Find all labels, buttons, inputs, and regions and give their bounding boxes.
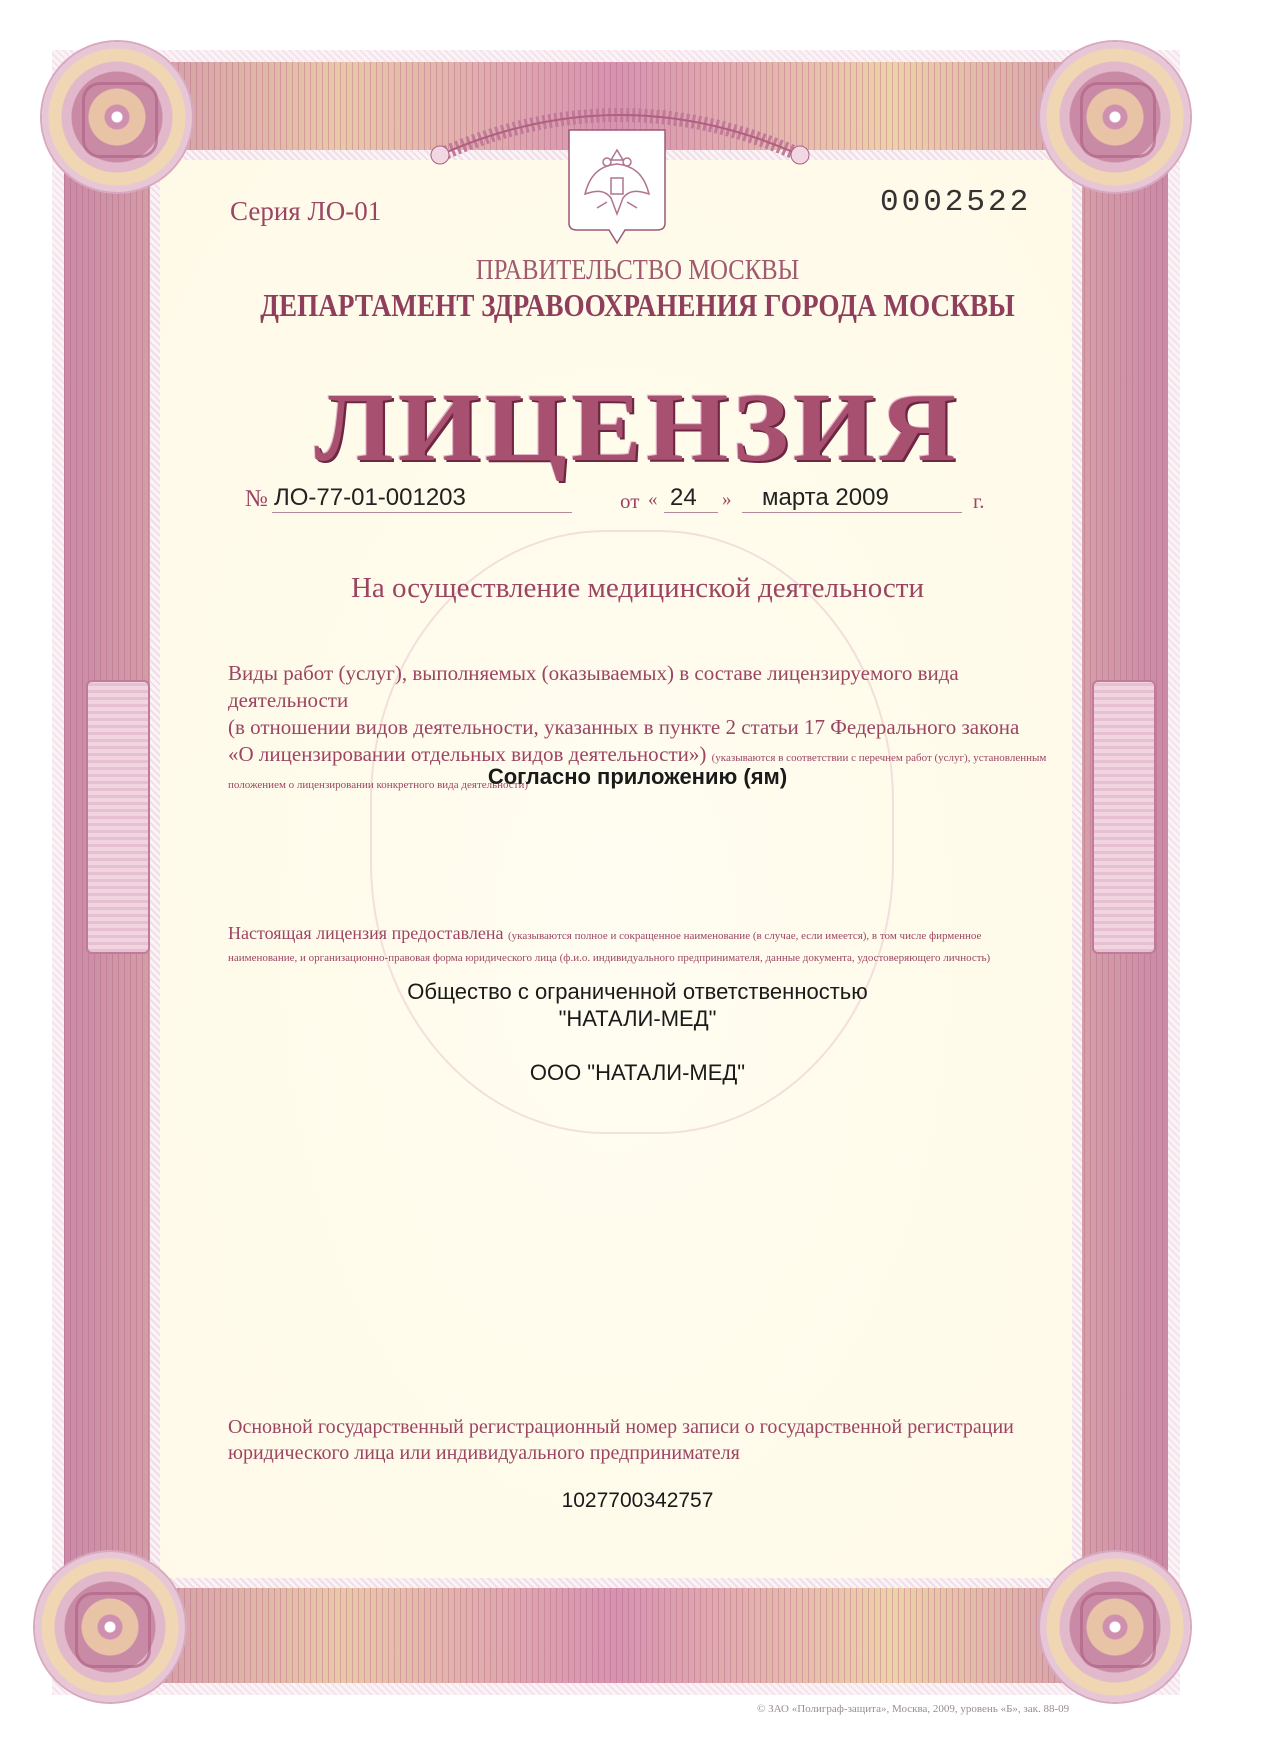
coat-of-arms-icon	[567, 128, 667, 245]
number-label: №	[245, 486, 268, 513]
grantee-label: Настоящая лицензия предоставлена	[228, 923, 503, 943]
watermark-seal	[370, 530, 894, 1134]
number-underline	[272, 512, 572, 513]
issuer-department: ДЕПАРТАМЕНТ ЗДРАВООХРАНЕНИЯ ГОРОДА МОСКВ…	[96, 287, 1180, 324]
rosette-top-right-icon	[1040, 42, 1190, 192]
issuer-government: ПРАВИТЕЛЬСТВО МОСКВЫ	[96, 254, 1180, 287]
grantee-full-name-line1: Общество с ограниченной ответственностью	[0, 979, 1275, 1005]
ogrn-value: 1027700342757	[0, 1489, 1275, 1513]
serial-number: 0002522	[880, 185, 1031, 220]
licensed-activity: На осуществление медицинской деятельност…	[0, 572, 1275, 605]
date-from-label: от	[620, 489, 639, 514]
left-border-panel	[86, 680, 150, 954]
grantee-label-block: Настоящая лицензия предоставлена (указыв…	[228, 922, 1048, 966]
right-border-panel	[1092, 680, 1156, 954]
grantee-short-name: ООО "НАТАЛИ-МЕД"	[0, 1060, 1275, 1086]
grantee-full-name-line2: "НАТАЛИ-МЕД"	[0, 1006, 1275, 1032]
works-label-line1: Виды работ (услуг), выполняемых (оказыва…	[228, 660, 1048, 714]
date-day: 24	[670, 484, 697, 512]
works-value: Согласно приложению (ям)	[0, 764, 1275, 790]
day-underline	[664, 512, 718, 513]
document-title: ЛИЦЕНЗИЯ	[0, 372, 1275, 484]
date-month-year: марта 2009	[762, 484, 889, 512]
rosette-top-left-icon	[42, 42, 192, 192]
works-label-line2: (в отношении видов деятельности, указанн…	[228, 714, 1048, 741]
license-number: ЛО-77-01-001203	[274, 484, 466, 512]
rosette-bottom-left-icon	[35, 1552, 185, 1702]
ogrn-label: Основной государственный регистрационный…	[228, 1414, 1048, 1466]
printer-footer: © ЗАО «Полиграф-защита», Москва, 2009, у…	[757, 1703, 1069, 1715]
license-page: Серия ЛО-01 0002522 ПРАВИТЕЛЬСТВО МОСКВЫ…	[0, 0, 1275, 1753]
date-year-suffix: г.	[973, 489, 985, 514]
date-quote-open: «	[648, 489, 658, 511]
month-underline	[742, 512, 962, 513]
date-quote-close: »	[722, 489, 732, 511]
rosette-bottom-right-icon	[1040, 1552, 1190, 1702]
series-label: Серия ЛО-01	[230, 196, 381, 227]
